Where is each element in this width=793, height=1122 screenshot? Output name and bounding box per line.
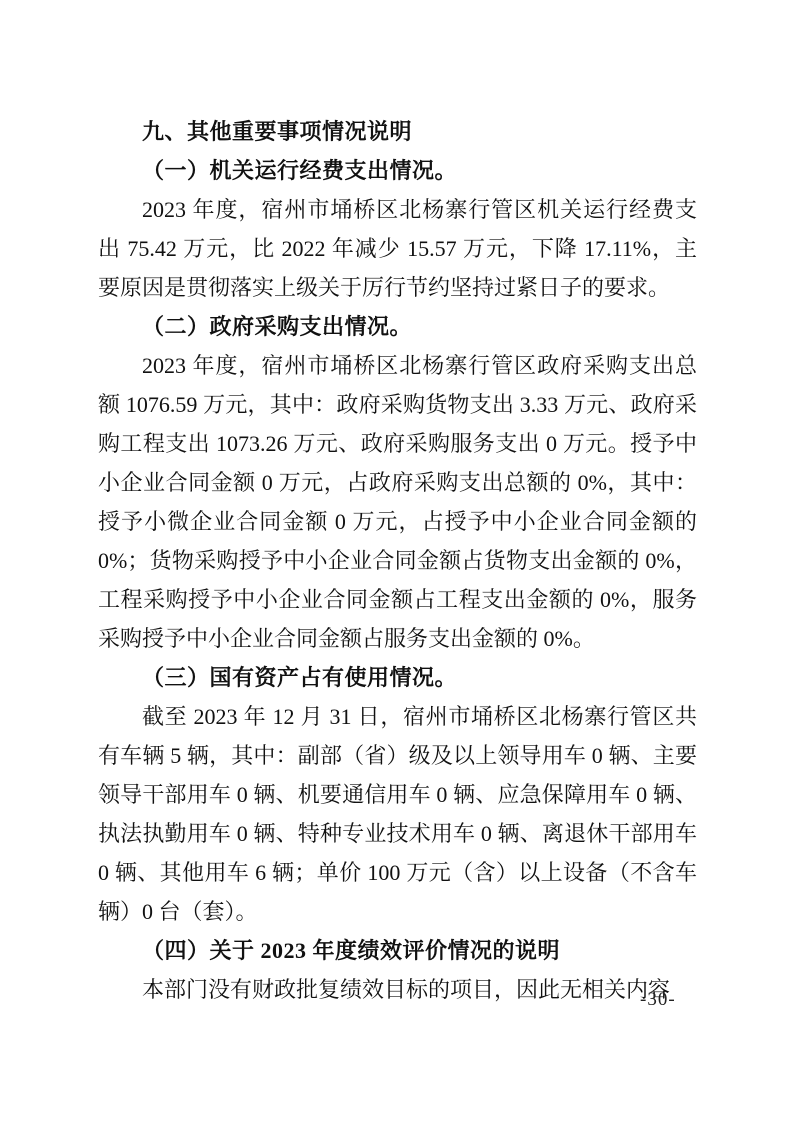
subsection-heading-operating-expense: （一）机关运行经费支出情况。 [98,151,697,190]
subsection-heading-performance-evaluation: （四）关于 2023 年度绩效评价情况的说明 [98,931,697,970]
document-body: 九、其他重要事项情况说明 （一）机关运行经费支出情况。 2023 年度，宿州市埇… [98,112,697,1009]
paragraph-operating-expense: 2023 年度，宿州市埇桥区北杨寨行管区机关运行经费支出 75.42 万元，比 … [98,190,697,307]
paragraph-state-assets: 截至 2023 年 12 月 31 日，宿州市埇桥区北杨寨行管区共有车辆 5 辆… [98,697,697,931]
document-page: 九、其他重要事项情况说明 （一）机关运行经费支出情况。 2023 年度，宿州市埇… [0,0,793,1122]
page-number: -30- [640,989,676,1011]
subsection-heading-gov-procurement: （二）政府采购支出情况。 [98,307,697,346]
paragraph-gov-procurement: 2023 年度，宿州市埇桥区北杨寨行管区政府采购支出总额 1076.59 万元，… [98,346,697,658]
section-heading-other-important-matters: 九、其他重要事项情况说明 [98,112,697,151]
subsection-heading-state-assets: （三）国有资产占有使用情况。 [98,658,697,697]
paragraph-performance-evaluation: 本部门没有财政批复绩效目标的项目，因此无相关内容 [98,970,697,1009]
